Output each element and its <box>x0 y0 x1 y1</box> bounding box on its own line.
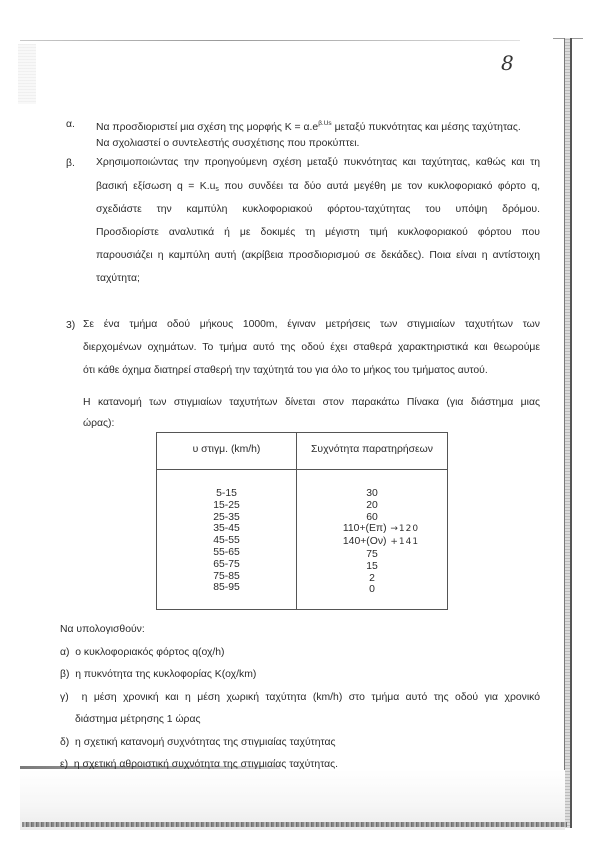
question-d: δ) η σχετική κατανομή συχνότητας της στι… <box>60 733 336 753</box>
table-intro-line2: ώρας): <box>83 414 114 434</box>
problem-3-line1: Σε ένα τμήμα οδού μήκους 1000m, έγιναν μ… <box>83 315 540 335</box>
question-b: β) η πυκνότητα της κυκλοφορίας K(οχ/km) <box>60 665 256 685</box>
part-b-line1: Χρησιμοποιώντας την προηγούμενη σχέση με… <box>96 153 540 173</box>
table-cell-speed: 85-95 <box>157 582 296 594</box>
table-cell-speed: 35-45 <box>157 523 296 535</box>
scan-shadow-bottom <box>20 770 565 830</box>
table-header-divider <box>157 469 447 470</box>
table-cell-speed: 25-35 <box>157 512 296 524</box>
questions-intro: Να υπολογισθούν: <box>60 620 145 640</box>
part-a-label: α. <box>66 119 75 130</box>
table-column-frequency: 302060110+(Επ) →120140+(Ον) +141751520 <box>297 488 447 596</box>
table-cell-frequency: 110+(Επ) →120 <box>297 523 447 536</box>
problem-3-line2: διερχομένων οχημάτων. Το τμήμα αυτό της … <box>83 338 540 358</box>
part-b-line5: παρουσιάζει η καμπύλη αυτή (ακρίβεια προ… <box>96 246 540 266</box>
part-b-line6: ταχύτητα; <box>96 269 140 289</box>
table-header-frequency: Συχνότητα παρατηρήσεων <box>297 444 447 455</box>
table-cell-speed: 5-15 <box>157 488 296 500</box>
table-intro-line1: Η κατανομή των στιγμιαίων ταχυτήτων δίνε… <box>83 393 540 413</box>
table-cell-frequency: 15 <box>297 561 447 573</box>
table-column-speed: 5-1515-2525-3535-4545-5555-6565-7575-858… <box>157 488 296 594</box>
question-e: ε) η σχετική αθροιστική συχνότητα της στ… <box>60 755 338 775</box>
part-a-line2: Να σχολιαστεί ο συντελεστής συσχέτισης π… <box>96 134 359 154</box>
table-cell-frequency: 140+(Ον) +141 <box>297 536 447 549</box>
question-c: γ) η μέση χρονική και η μέση χωρική ταχύ… <box>60 688 540 708</box>
table-header-speed: υ στιγμ. (km/h) <box>157 444 296 455</box>
speed-frequency-table: υ στιγμ. (km/h) Συχνότητα παρατηρήσεων 5… <box>156 432 448 610</box>
question-c-line2: διάστημα μέτρησης 1 ώρας <box>75 710 200 730</box>
table-cell-speed: 75-85 <box>157 571 296 583</box>
table-cell-speed: 45-55 <box>157 535 296 547</box>
part-b-line4: Προσδιορίστε αναλυτικά ή με δοκιμές τη μ… <box>96 223 540 243</box>
scan-edge-top <box>20 40 520 41</box>
scan-edge-bottom <box>22 822 567 827</box>
part-b-label: β. <box>66 158 75 169</box>
table-cell-speed: 55-65 <box>157 547 296 559</box>
table-cell-frequency: 0 <box>297 584 447 596</box>
table-cell-speed: 15-25 <box>157 500 296 512</box>
table-cell-frequency: 30 <box>297 488 447 500</box>
question-a: α) ο κυκλοφοριακός φόρτος q(οχ/h) <box>60 643 225 663</box>
table-cell-speed: 65-75 <box>157 559 296 571</box>
handwritten-note: →120 <box>387 524 420 534</box>
handwritten-page-number: 8 <box>501 51 514 75</box>
problem-3-line3: ότι κάθε όχημα διατηρεί σταθερή την ταχύ… <box>83 361 488 381</box>
table-cell-frequency: 60 <box>297 512 447 524</box>
part-b-line2: βασική εξίσωση q = K.us που συνδέει τα δ… <box>96 177 540 200</box>
handwritten-note: +141 <box>387 537 420 547</box>
scan-noise-left <box>18 44 36 104</box>
part-b-line3: σχεδιάστε την καμπύλη κυκλοφοριακού φόρτ… <box>96 200 540 220</box>
table-cell-frequency: 20 <box>297 500 447 512</box>
table-cell-frequency: 75 <box>297 549 447 561</box>
problem-3-number: 3) <box>66 320 75 331</box>
table-cell-frequency: 2 <box>297 573 447 585</box>
scan-edge-right <box>564 38 572 828</box>
